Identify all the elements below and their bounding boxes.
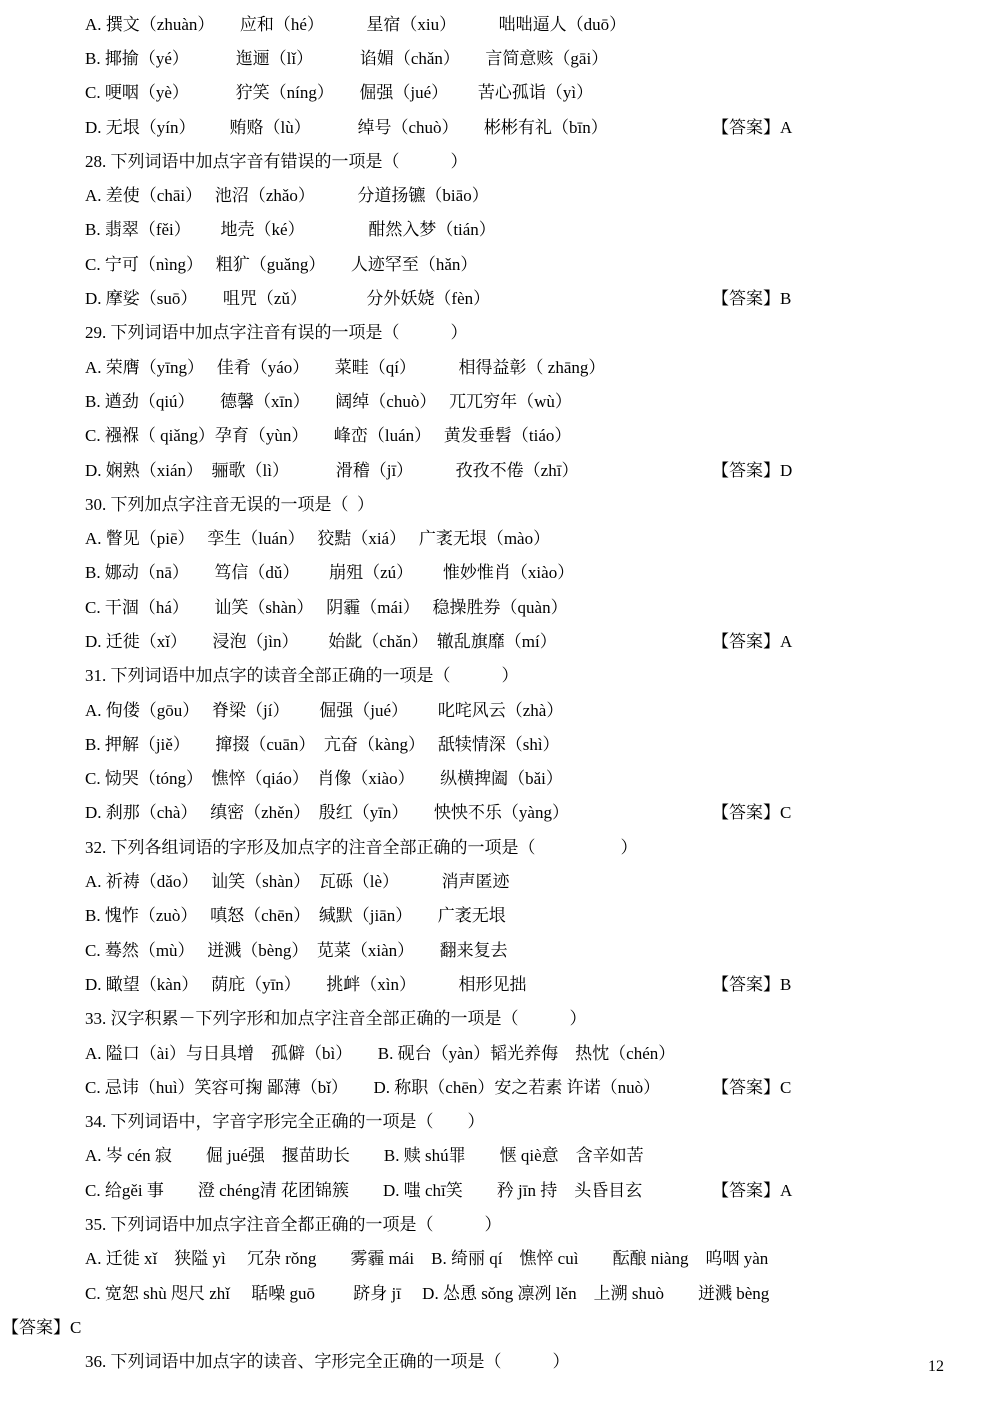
exam-page: A. 撰文（zhuàn） 应和（hé） 星宿（xiu） 咄咄逼人（duō） B.… — [0, 0, 992, 1403]
answer-label: 【答案】C — [2, 1313, 81, 1338]
question-text: 31. 下列词语中加点字的读音全部正确的一项是（ ） — [85, 661, 519, 686]
option-text: B. 愧怍（zuò） 嗔怒（chēn） 缄默（jiān） 广袤无垠 — [85, 901, 506, 926]
option-row: C. 蓦然（mù） 迸溅（bèng） 苋菜（xiàn） 翻来复去 — [0, 931, 992, 965]
option-row: D. 迁徙（xǐ） 浸泡（jìn） 始龀（chǎn） 辙乱旗靡（mí）【答案】A — [0, 622, 992, 656]
option-text: C. 蓦然（mù） 迸溅（bèng） 苋菜（xiàn） 翻来复去 — [85, 936, 508, 961]
option-row: A. 迁徙 xǐ 狭隘 yì 冗杂 rǒng 雾霾 mái B. 绮丽 qí 憔… — [0, 1240, 992, 1274]
question-prompt: 30. 下列加点字注音无误的一项是（ ） — [0, 485, 992, 519]
option-text: B. 揶揄（yé） 迤逦（lǐ） 谄媚（chǎn） 言简意赅（gāi） — [85, 44, 608, 69]
answer-label: 【答案】C — [712, 798, 791, 823]
answer-label: 【答案】D — [712, 456, 792, 481]
option-row: C. 宁可（nìng） 粗犷（guǎng） 人迹罕至（hǎn） — [0, 245, 992, 279]
option-row: D. 摩娑（suō） 咀咒（zǔ） 分外妖娆（fèn）【答案】B — [0, 279, 992, 313]
option-text: A. 岑 cén 寂 倔 jué强 揠苗助长 B. 赎 shú罪 惬 qiè意 … — [85, 1141, 644, 1166]
option-text: C. 给gěi 事 澄 chéng清 花团锦簇 D. 嗤 chī笑 矜 jīn … — [85, 1176, 642, 1201]
option-text: A. 差使（chāi） 池沼（zhǎo） 分道扬镳（biāo） — [85, 181, 489, 206]
option-row: D. 瞰望（kàn） 荫庇（yīn） 挑衅（xìn） 相形见拙【答案】B — [0, 965, 992, 999]
answer-label: 【答案】A — [712, 627, 792, 652]
option-text: C. 宁可（nìng） 粗犷（guǎng） 人迹罕至（hǎn） — [85, 250, 477, 275]
option-text: A. 佝偻（gōu） 脊梁（jí） 倔强（jué） 叱咤风云（zhà） — [85, 696, 563, 721]
option-row: D. 刹那（chà） 缜密（zhěn） 殷红（yīn） 怏怏不乐（yàng）【答… — [0, 794, 992, 828]
option-text: A. 祈祷（dǎo） 讪笑（shàn） 瓦砾（lè） 消声匿迹 — [85, 867, 510, 892]
option-row: A. 隘口（ài）与日具增 孤僻（bì） B. 砚台（yàn）韬光养侮 热忱（c… — [0, 1034, 992, 1068]
answer-line: 【答案】C — [0, 1308, 992, 1342]
option-row: B. 押解（jiě） 撺掇（cuān） 亢奋（kàng） 舐犊情深（shì） — [0, 725, 992, 759]
option-row: A. 佝偻（gōu） 脊梁（jí） 倔强（jué） 叱咤风云（zhà） — [0, 691, 992, 725]
option-row: A. 祈祷（dǎo） 讪笑（shàn） 瓦砾（lè） 消声匿迹 — [0, 862, 992, 896]
question-prompt: 35. 下列词语中加点字注音全都正确的一项是（ ） — [0, 1205, 992, 1239]
option-row: B. 遒劲（qiú） 德馨（xīn） 阔绰（chuò） 兀兀穷年（wù） — [0, 382, 992, 416]
option-text: D. 娴熟（xián） 骊歌（lì） 滑稽（jī） 孜孜不倦（zhī） — [85, 456, 578, 481]
question-prompt: 36. 下列词语中加点字的读音、字形完全正确的一项是（ ） — [0, 1343, 992, 1377]
question-text: 34. 下列词语中，字音字形完全正确的一项是（ ） — [85, 1107, 485, 1132]
option-row: C. 哽咽（yè） 狞笑（níng） 倔强（jué） 苦心孤诣（yì） — [0, 74, 992, 108]
question-prompt: 28. 下列词语中加点字音有错误的一项是（ ） — [0, 142, 992, 176]
option-text: B. 翡翠（fěi） 地壳（ké） 酣然入梦（tián） — [85, 215, 496, 240]
option-text: A. 迁徙 xǐ 狭隘 yì 冗杂 rǒng 雾霾 mái B. 绮丽 qí 憔… — [85, 1244, 768, 1269]
question-text: 29. 下列词语中加点字注音有误的一项是（ ） — [85, 318, 468, 343]
option-row: B. 愧怍（zuò） 嗔怒（chēn） 缄默（jiān） 广袤无垠 — [0, 897, 992, 931]
option-text: C. 忌讳（huì）笑容可掬 鄙薄（bǐ） D. 称职（chēn）安之若素 许诺… — [85, 1073, 660, 1098]
option-row: C. 襁褓（ qiǎng）孕育（yùn） 峰峦（luán） 黄发垂髫（tiáo） — [0, 417, 992, 451]
option-row: C. 宽恕 shù 咫尺 zhǐ 聒噪 guō 跻身 jī D. 怂恿 sǒng… — [0, 1274, 992, 1308]
option-text: C. 干涸（há） 讪笑（shàn） 阴霾（mái） 稳操胜券（quàn） — [85, 593, 568, 618]
option-text: B. 娜动（nā） 笃信（dǔ） 崩殂（zú） 惟妙惟肖（xiào） — [85, 558, 574, 583]
option-row: D. 无垠（yín） 贿赂（lù） 绰号（chuò） 彬彬有礼（bīn）【答案】… — [0, 108, 992, 142]
question-text: 33. 汉字积累－下列字形和加点字注音全部正确的一项是（ ） — [85, 1004, 587, 1029]
option-text: C. 恸哭（tóng） 憔悴（qiáo） 肖像（xiào） 纵横捭阖（bǎi） — [85, 764, 563, 789]
option-row: B. 揶揄（yé） 迤逦（lǐ） 谄媚（chǎn） 言简意赅（gāi） — [0, 39, 992, 73]
question-text: 35. 下列词语中加点字注音全都正确的一项是（ ） — [85, 1210, 502, 1235]
answer-label: 【答案】A — [712, 1176, 792, 1201]
question-text: 36. 下列词语中加点字的读音、字形完全正确的一项是（ ） — [85, 1347, 570, 1372]
option-row: B. 翡翠（fěi） 地壳（ké） 酣然入梦（tián） — [0, 211, 992, 245]
option-text: C. 哽咽（yè） 狞笑（níng） 倔强（jué） 苦心孤诣（yì） — [85, 78, 593, 103]
option-text: D. 迁徙（xǐ） 浸泡（jìn） 始龀（chǎn） 辙乱旗靡（mí） — [85, 627, 557, 652]
answer-label: 【答案】B — [712, 970, 791, 995]
answer-label: 【答案】C — [712, 1073, 791, 1098]
option-row: A. 岑 cén 寂 倔 jué强 揠苗助长 B. 赎 shú罪 惬 qiè意 … — [0, 1137, 992, 1171]
option-text: B. 遒劲（qiú） 德馨（xīn） 阔绰（chuò） 兀兀穷年（wù） — [85, 387, 572, 412]
question-prompt: 32. 下列各组词语的字形及加点字的注音全部正确的一项是（ ） — [0, 828, 992, 862]
option-row: D. 娴熟（xián） 骊歌（lì） 滑稽（jī） 孜孜不倦（zhī）【答案】D — [0, 451, 992, 485]
question-prompt: 29. 下列词语中加点字注音有误的一项是（ ） — [0, 314, 992, 348]
option-text: C. 宽恕 shù 咫尺 zhǐ 聒噪 guō 跻身 jī D. 怂恿 sǒng… — [85, 1279, 769, 1304]
option-row: C. 恸哭（tóng） 憔悴（qiáo） 肖像（xiào） 纵横捭阖（bǎi） — [0, 760, 992, 794]
option-text: D. 瞰望（kàn） 荫庇（yīn） 挑衅（xìn） 相形见拙 — [85, 970, 527, 995]
question-text: 28. 下列词语中加点字音有错误的一项是（ ） — [85, 147, 468, 172]
question-text: 30. 下列加点字注音无误的一项是（ ） — [85, 490, 374, 515]
option-row: A. 撰文（zhuàn） 应和（hé） 星宿（xiu） 咄咄逼人（duō） — [0, 5, 992, 39]
answer-label: 【答案】A — [712, 113, 792, 138]
option-row: C. 干涸（há） 讪笑（shàn） 阴霾（mái） 稳操胜券（quàn） — [0, 588, 992, 622]
option-text: B. 押解（jiě） 撺掇（cuān） 亢奋（kàng） 舐犊情深（shì） — [85, 730, 560, 755]
option-row: A. 差使（chāi） 池沼（zhǎo） 分道扬镳（biāo） — [0, 176, 992, 210]
option-text: A. 撰文（zhuàn） 应和（hé） 星宿（xiu） 咄咄逼人（duō） — [85, 10, 626, 35]
option-row: A. 荣膺（yīng） 佳肴（yáo） 菜畦（qí） 相得益彰（ zhāng） — [0, 348, 992, 382]
option-row: B. 娜动（nā） 笃信（dǔ） 崩殂（zú） 惟妙惟肖（xiào） — [0, 554, 992, 588]
option-row: A. 瞥见（piē） 孪生（luán） 狡黠（xiá） 广袤无垠（mào） — [0, 519, 992, 553]
answer-label: 【答案】B — [712, 284, 791, 309]
option-text: C. 襁褓（ qiǎng）孕育（yùn） 峰峦（luán） 黄发垂髫（tiáo） — [85, 421, 571, 446]
question-prompt: 33. 汉字积累－下列字形和加点字注音全部正确的一项是（ ） — [0, 1000, 992, 1034]
option-text: D. 摩娑（suō） 咀咒（zǔ） 分外妖娆（fèn） — [85, 284, 490, 309]
option-text: D. 刹那（chà） 缜密（zhěn） 殷红（yīn） 怏怏不乐（yàng） — [85, 798, 569, 823]
page-number: 12 — [928, 1358, 944, 1376]
option-text: A. 隘口（ài）与日具增 孤僻（bì） B. 砚台（yàn）韬光养侮 热忱（c… — [85, 1039, 675, 1064]
question-text: 32. 下列各组词语的字形及加点字的注音全部正确的一项是（ ） — [85, 833, 638, 858]
option-row: C. 忌讳（huì）笑容可掬 鄙薄（bǐ） D. 称职（chēn）安之若素 许诺… — [0, 1068, 992, 1102]
option-row: C. 给gěi 事 澄 chéng清 花团锦簇 D. 嗤 chī笑 矜 jīn … — [0, 1171, 992, 1205]
question-prompt: 34. 下列词语中，字音字形完全正确的一项是（ ） — [0, 1103, 992, 1137]
question-prompt: 31. 下列词语中加点字的读音全部正确的一项是（ ） — [0, 657, 992, 691]
option-text: A. 瞥见（piē） 孪生（luán） 狡黠（xiá） 广袤无垠（mào） — [85, 524, 550, 549]
option-text: D. 无垠（yín） 贿赂（lù） 绰号（chuò） 彬彬有礼（bīn） — [85, 113, 608, 138]
option-text: A. 荣膺（yīng） 佳肴（yáo） 菜畦（qí） 相得益彰（ zhāng） — [85, 353, 605, 378]
